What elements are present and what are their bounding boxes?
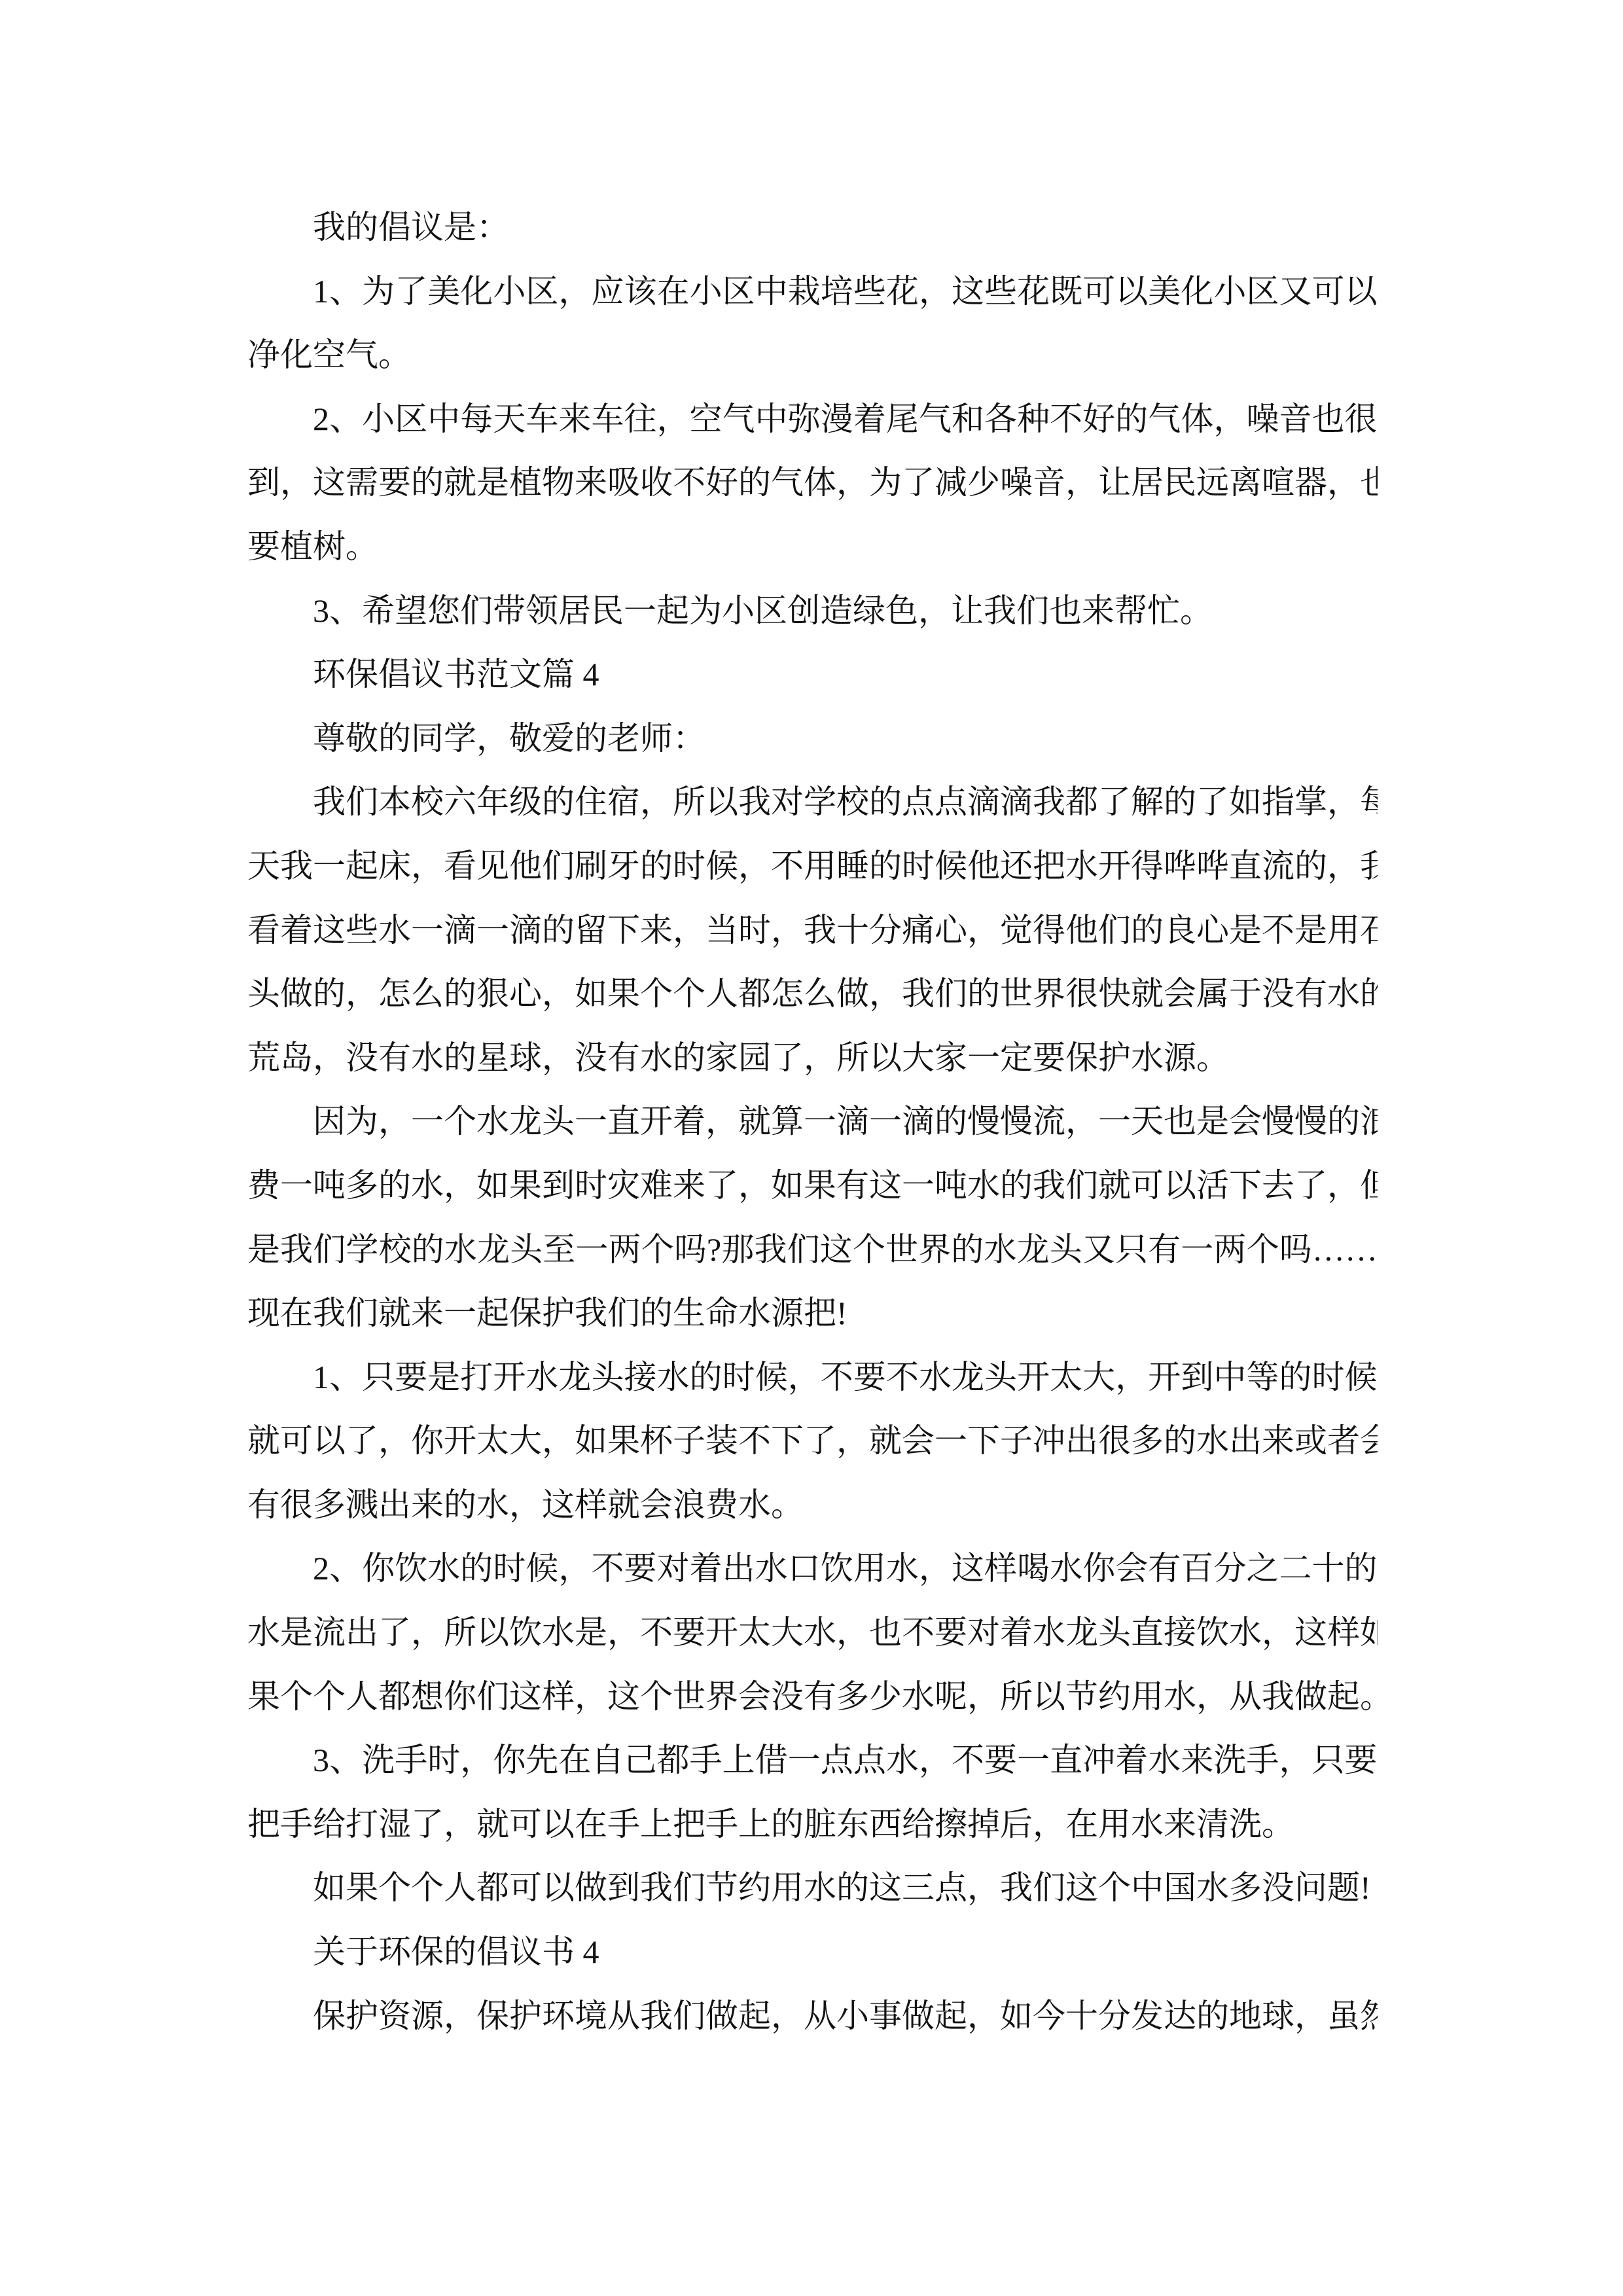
text-line: 是我们学校的水龙头至一两个吗?那我们这个世界的水龙头又只有一两个吗…… (247, 1218, 1378, 1282)
text-line: 我的倡议是： (247, 196, 1378, 260)
indent-spacer (247, 387, 313, 452)
text-line: 如果个个人都可以做到我们节约用水的这三点，我们这个中国水多没问题! (247, 1856, 1378, 1920)
indent-spacer (247, 1729, 313, 1793)
text-line: 2、小区中每天车来车往，空气中弥漫着尾气和各种不好的气体，噪音也很 (247, 387, 1378, 452)
text-line: 关于环保的倡议书 4 (247, 1920, 1378, 1984)
text-line: 现在我们就来一起保护我们的生命水源把! (247, 1282, 1378, 1346)
text-line: 3、希望您们带领居民一起为小区创造绿色，让我们也来帮忙。 (247, 579, 1378, 643)
indent-spacer (247, 1537, 313, 1601)
text-line: 有很多溅出来的水，这样就会浪费水。 (247, 1473, 1378, 1537)
text-line: 水是流出了，所以饮水是，不要开太大水，也不要对着水龙头直接饮水，这样如 (247, 1601, 1378, 1665)
text-line: 费一吨多的水，如果到时灾难来了，如果有这一吨水的我们就可以活下去了，但 (247, 1154, 1378, 1218)
text-line: 环保倡议书范文篇 4 (247, 643, 1378, 707)
indent-spacer (247, 1984, 313, 2049)
text-line: 要植树。 (247, 515, 1378, 579)
document-page: 我的倡议是：1、为了美化小区，应该在小区中栽培些花，这些花既可以美化小区又可以净… (0, 0, 1623, 2296)
text-line: 尊敬的同学，敬爱的老师： (247, 707, 1378, 771)
indent-spacer (247, 770, 313, 834)
text-line: 净化空气。 (247, 323, 1378, 387)
text-line: 荒岛，没有水的星球，没有水的家园了，所以大家一定要保护水源。 (247, 1026, 1378, 1090)
text-line: 我们本校六年级的住宿，所以我对学校的点点滴滴我都了解的了如指掌，每 (247, 770, 1378, 834)
text-line: 看着这些水一滴一滴的留下来，当时，我十分痛心，觉得他们的良心是不是用石 (247, 899, 1378, 963)
text-line: 天我一起床，看见他们刷牙的时候，不用睡的时候他还把水开得哗哗直流的，我 (247, 834, 1378, 899)
text-line: 1、只要是打开水龙头接水的时候，不要不水龙头开太大，开到中等的时候 (247, 1346, 1378, 1410)
text-line: 3、洗手时，你先在自己都手上借一点点水，不要一直冲着水来洗手，只要 (247, 1729, 1378, 1793)
indent-spacer (247, 260, 313, 324)
text-line: 2、你饮水的时候，不要对着出水口饮用水，这样喝水你会有百分之二十的 (247, 1537, 1378, 1601)
text-line: 1、为了美化小区，应该在小区中栽培些花，这些花既可以美化小区又可以 (247, 260, 1378, 324)
text-line: 果个个人都想你们这样，这个世界会没有多少水呢，所以节约用水，从我做起。 (247, 1665, 1378, 1729)
text-line: 就可以了，你开太大，如果杯子装不下了，就会一下子冲出很多的水出来或者会 (247, 1409, 1378, 1473)
text-line: 到，这需要的就是植物来吸收不好的气体，为了减少噪音，让居民远离喧器，也 (247, 451, 1378, 515)
indent-spacer (247, 1090, 313, 1154)
text-line: 头做的，怎么的狠心，如果个个人都怎么做，我们的世界很快就会属于没有水的 (247, 962, 1378, 1026)
text-block: 我的倡议是：1、为了美化小区，应该在小区中栽培些花，这些花既可以美化小区又可以净… (247, 196, 1378, 2048)
indent-spacer (247, 1346, 313, 1410)
text-line: 保护资源，保护环境从我们做起，从小事做起，如今十分发达的地球，虽然 (247, 1984, 1378, 2049)
text-line: 因为，一个水龙头一直开着，就算一滴一滴的慢慢流，一天也是会慢慢的浪 (247, 1090, 1378, 1154)
text-line: 把手给打湿了，就可以在手上把手上的脏东西给擦掉后，在用水来清洗。 (247, 1793, 1378, 1857)
